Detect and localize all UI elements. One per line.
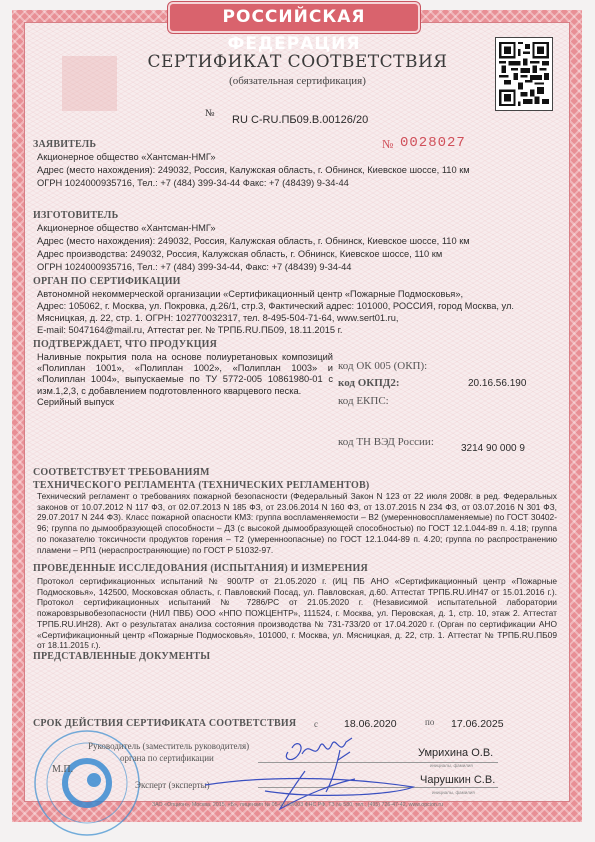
okp-code-label: код ОК 005 (ОКП): (338, 360, 427, 372)
expert-name-caption: инициалы, фамилия (432, 790, 475, 795)
certificate-body (24, 22, 570, 802)
product-text: Наливные покрытия пола на основе полиуре… (37, 352, 333, 396)
requirements-text: Технический регламент о требованиях пожа… (37, 491, 557, 555)
blank-number-sign: № (382, 137, 393, 152)
head-label: Руководитель (заместитель руководителя) (88, 741, 249, 751)
qr-code-icon (495, 37, 553, 111)
validity-to-label: по (425, 717, 434, 727)
okpd2-code-value: 20.16.56.190 (468, 378, 526, 389)
certification-body-email: E-mail: 5047164@mail.ru, Аттестат рег. №… (37, 325, 343, 336)
product-description: Наливные покрытия пола на основе полиуре… (37, 352, 333, 408)
manufacturer-address: Адрес (место нахождения): 249032, Россия… (37, 236, 470, 247)
okpd2-code-label: код ОКПД2: (338, 377, 400, 389)
stamp-label: М.П. (52, 764, 73, 775)
head-name: Умрихина О.В. (418, 747, 493, 759)
product-heading: ПОДТВЕРЖДАЕТ, ЧТО ПРОДУКЦИЯ (33, 339, 217, 350)
document-title: СЕРТИФИКАТ СООТВЕТСТВИЯ (0, 52, 595, 72)
okpd2-label-text: ОКПД2: (358, 377, 400, 389)
tnved-code-value: 3214 90 000 9 (461, 443, 525, 454)
blank-number: 0028027 (400, 135, 466, 151)
manufacturer-contacts: ОГРН 1024000935716, Тел.: +7 (484) 399-3… (37, 262, 351, 273)
certification-body-address: Адрес: 105062, г. Москва, ул. Покровка, … (37, 301, 514, 312)
validity-from-label: с (314, 719, 318, 729)
certificate-sheet (12, 10, 582, 822)
document-subtitle: (обязательная сертификация) (0, 75, 595, 87)
okpd2-prefix: код (338, 377, 355, 389)
applicant-heading: ЗАЯВИТЕЛЬ (33, 139, 96, 150)
head-name-caption: инициалы, фамилия (430, 763, 473, 768)
manufacturer-production-address: Адрес производства: 249032, Россия, Калу… (37, 249, 442, 260)
tnved-code-label: код ТН ВЭД России: (338, 436, 434, 448)
certificate-number: RU C-RU.ПБ09.В.00126/20 (232, 114, 368, 126)
manufacturer-name: Акционерное общество «Хантсман-НМГ» (37, 223, 216, 234)
regulations-heading: ТЕХНИЧЕСКОГО РЕГЛАМЕНТА (ТЕХНИЧЕСКИХ РЕГ… (33, 480, 369, 491)
certification-body-heading: ОРГАН ПО СЕРТИФИКАЦИИ (33, 276, 181, 287)
validity-to-date: 17.06.2025 (451, 718, 504, 730)
requirements-heading: СООТВЕТСТВУЕТ ТРЕБОВАНИЯМ (33, 467, 210, 478)
printer-footer: ЗАО «Опцион», Москва, 2015, «Б», лицензи… (0, 802, 595, 808)
country-banner: РОССИЙСКАЯ ФЕДЕРАЦИЯ (168, 2, 420, 33)
documents-heading: ПРЕДСТАВЛЕННЫЕ ДОКУМЕНТЫ (33, 651, 210, 662)
tests-heading: ПРОВЕДЕННЫЕ ИССЛЕДОВАНИЯ (ИСПЫТАНИЯ) И И… (33, 563, 368, 574)
product-release: Серийный выпуск (37, 397, 114, 407)
applicant-contacts: ОГРН 1024000935716, Тел.: +7 (484) 399-3… (37, 178, 349, 189)
validity-from-date: 18.06.2020 (344, 718, 397, 730)
applicant-name: Акционерное общество «Хантсман-НМГ» (37, 152, 216, 163)
applicant-address: Адрес (место нахождения): 249032, Россия… (37, 165, 470, 176)
manufacturer-heading: ИЗГОТОВИТЕЛЬ (33, 210, 118, 221)
certification-body-name: Автономной некоммерческой организации «С… (37, 289, 463, 300)
certification-body-details: Мясницкая, д. 22, стр. 1. ОГРН: 10277003… (37, 313, 398, 324)
number-sign: № (205, 108, 215, 119)
tests-text: Протокол сертификационных испытаний № 90… (37, 576, 557, 651)
head-label-org: органа по сертификации (120, 753, 214, 763)
ekps-code-label: код ЕКПС: (338, 395, 389, 407)
expert-name: Чарушкин С.В. (420, 774, 495, 786)
